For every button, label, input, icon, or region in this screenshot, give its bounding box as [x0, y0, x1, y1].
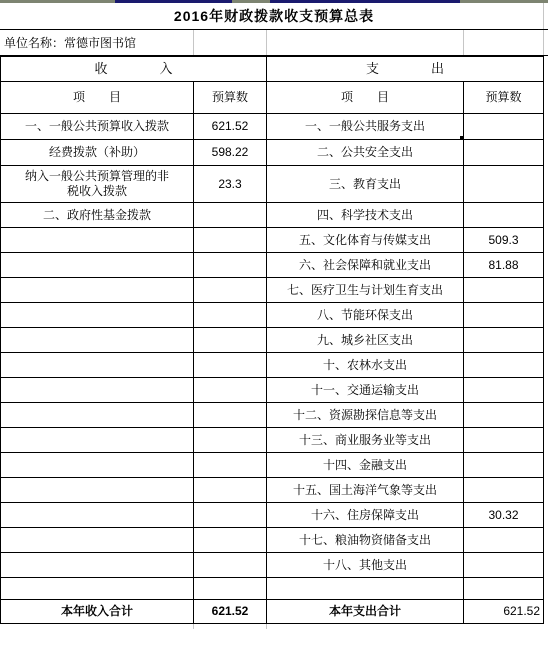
income-item-cell[interactable]: 经费拨款（补助） [1, 140, 194, 166]
expense-total-label[interactable]: 本年支出合计 [267, 600, 464, 624]
expense-item-cell[interactable]: 二、公共安全支出 [267, 140, 464, 166]
expense-value-cell[interactable] [464, 140, 544, 166]
expense-item-cell[interactable]: 八、节能环保支出 [267, 303, 464, 328]
income-item-cell[interactable] [1, 278, 194, 303]
expense-item-cell[interactable]: 十一、交通运输支出 [267, 378, 464, 403]
income-value-cell[interactable]: 23.3 [194, 166, 267, 203]
expense-value-cell[interactable] [464, 428, 544, 453]
expense-item-cell[interactable]: 四、科学技术支出 [267, 203, 464, 228]
expense-value-cell[interactable] [464, 528, 544, 553]
expense-item-cell[interactable]: 七、医疗卫生与计划生育支出 [267, 278, 464, 303]
partial-next-row [0, 624, 548, 629]
expense-value-cell[interactable]: 509.3 [464, 228, 544, 253]
income-value-cell[interactable] [194, 228, 267, 253]
expense-item-cell[interactable]: 十三、商业服务业等支出 [267, 428, 464, 453]
income-value-cell[interactable] [194, 503, 267, 528]
expense-value-cell[interactable] [464, 303, 544, 328]
total-row: 本年收入合计 621.52 本年支出合计 621.52 [1, 600, 544, 624]
income-value-cell[interactable] [194, 553, 267, 578]
gridline [543, 30, 544, 55]
budget-table: 收 入 支 出 项 目 预算数 项 目 预算数 一、一般公共预算收入拨款621.… [0, 56, 544, 624]
table-row: 十七、粮油物资储备支出 [1, 528, 544, 553]
expense-value-cell[interactable] [464, 203, 544, 228]
expense-item-cell[interactable]: 九、城乡社区支出 [267, 328, 464, 353]
income-value-cell[interactable] [194, 253, 267, 278]
gridline [193, 30, 194, 55]
income-item-cell[interactable] [1, 403, 194, 428]
income-value-cell[interactable]: 598.22 [194, 140, 267, 166]
expense-value-cell[interactable] [464, 553, 544, 578]
expense-value-cell[interactable] [464, 166, 544, 203]
expense-item-cell[interactable]: 十七、粮油物资储备支出 [267, 528, 464, 553]
income-budget-header[interactable]: 预算数 [194, 82, 267, 114]
table-row: 十六、住房保障支出30.32 [1, 503, 544, 528]
income-value-cell[interactable] [194, 303, 267, 328]
gridline [193, 624, 194, 629]
table-row: 十八、其他支出 [1, 553, 544, 578]
income-item-cell[interactable]: 纳入一般公共预算管理的非 税收入拨款 [1, 166, 194, 203]
unit-name-label: 单位名称：常德市图书馆 [4, 34, 136, 51]
income-value-cell[interactable] [194, 203, 267, 228]
table-row: 八、节能环保支出 [1, 303, 544, 328]
income-item-cell[interactable] [1, 478, 194, 503]
expense-item-cell[interactable]: 十八、其他支出 [267, 553, 464, 578]
spreadsheet-screen: 2016年财政拨款收支预算总表 单位名称：常德市图书馆 收 入 支 出 项 目 … [0, 0, 548, 653]
expense-item-cell[interactable]: 十五、国土海洋气象等支出 [267, 478, 464, 503]
table-row [1, 578, 544, 600]
expense-value-cell[interactable] [464, 328, 544, 353]
column-header-row: 项 目 预算数 项 目 预算数 [1, 82, 544, 114]
expense-item-cell[interactable]: 五、文化体育与传媒支出 [267, 228, 464, 253]
header-rows: 收 入 支 出 项 目 预算数 项 目 预算数 [1, 57, 544, 114]
expense-total-value[interactable]: 621.52 [464, 600, 544, 624]
expense-item-cell[interactable]: 六、社会保障和就业支出 [267, 253, 464, 278]
table-row: 十、农林水支出 [1, 353, 544, 378]
income-value-cell[interactable] [194, 353, 267, 378]
budget-table-body: 一、一般公共预算收入拨款621.52一、一般公共服务支出经费拨款（补助）598.… [1, 114, 544, 600]
expense-item-cell[interactable]: 一、一般公共服务支出 [267, 114, 464, 140]
table-row: 七、医疗卫生与计划生育支出 [1, 278, 544, 303]
total-rows: 本年收入合计 621.52 本年支出合计 621.52 [1, 600, 544, 624]
unit-name-row[interactable]: 单位名称：常德市图书馆 [0, 30, 548, 56]
income-item-cell[interactable] [1, 353, 194, 378]
expense-item-cell[interactable]: 十四、金融支出 [267, 453, 464, 478]
expense-value-cell[interactable]: 81.88 [464, 253, 544, 278]
income-item-cell[interactable] [1, 528, 194, 553]
table-row: 经费拨款（补助）598.22二、公共安全支出 [1, 140, 544, 166]
expense-item-cell[interactable] [267, 578, 464, 600]
table-row: 十五、国土海洋气象等支出 [1, 478, 544, 503]
income-value-cell[interactable] [194, 328, 267, 353]
table-row: 十二、资源勘探信息等支出 [1, 403, 544, 428]
gridline [266, 624, 267, 629]
table-row: 十三、商业服务业等支出 [1, 428, 544, 453]
page-title: 2016年财政拨款收支预算总表 [174, 6, 374, 26]
section-header-row: 收 入 支 出 [1, 57, 544, 82]
table-row: 六、社会保障和就业支出81.88 [1, 253, 544, 278]
income-value-cell[interactable] [194, 403, 267, 428]
table-row: 纳入一般公共预算管理的非 税收入拨款23.3三、教育支出 [1, 166, 544, 203]
income-total-value[interactable]: 621.52 [194, 600, 267, 624]
income-value-cell[interactable] [194, 578, 267, 600]
table-row: 十四、金融支出 [1, 453, 544, 478]
gridline [543, 3, 544, 29]
income-item-cell[interactable] [1, 453, 194, 478]
expense-item-cell[interactable]: 十六、住房保障支出 [267, 503, 464, 528]
income-value-cell[interactable] [194, 278, 267, 303]
income-item-header[interactable]: 项 目 [1, 82, 194, 114]
income-value-cell[interactable] [194, 528, 267, 553]
gridline [266, 30, 267, 55]
income-item-cell[interactable] [1, 553, 194, 578]
income-item-cell[interactable] [1, 503, 194, 528]
expense-item-cell[interactable]: 十、农林水支出 [267, 353, 464, 378]
income-value-cell[interactable] [194, 428, 267, 453]
table-row: 二、政府性基金拨款四、科学技术支出 [1, 203, 544, 228]
expense-item-cell[interactable]: 三、教育支出 [267, 166, 464, 203]
expense-budget-header[interactable]: 预算数 [464, 82, 544, 114]
income-value-cell[interactable] [194, 378, 267, 403]
income-item-cell[interactable] [1, 578, 194, 600]
expense-value-cell[interactable] [464, 403, 544, 428]
expense-value-cell[interactable] [464, 478, 544, 503]
income-value-cell[interactable] [194, 478, 267, 503]
income-item-cell[interactable] [1, 428, 194, 453]
expense-value-cell[interactable]: 30.32 [464, 503, 544, 528]
income-item-cell[interactable] [1, 228, 194, 253]
income-value-cell[interactable]: 621.52 [194, 114, 267, 140]
expense-item-header[interactable]: 项 目 [267, 82, 464, 114]
income-section-header[interactable]: 收 入 [1, 57, 267, 82]
income-item-cell[interactable] [1, 303, 194, 328]
table-row: 一、一般公共预算收入拨款621.52一、一般公共服务支出 [1, 114, 544, 140]
income-item-cell[interactable] [1, 328, 194, 353]
income-item-cell[interactable]: 一、一般公共预算收入拨款 [1, 114, 194, 140]
table-row: 十一、交通运输支出 [1, 378, 544, 403]
table-row: 九、城乡社区支出 [1, 328, 544, 353]
expense-value-cell[interactable] [464, 378, 544, 403]
income-item-cell[interactable]: 二、政府性基金拨款 [1, 203, 194, 228]
expense-value-cell[interactable] [464, 114, 544, 140]
income-item-cell[interactable] [1, 253, 194, 278]
expense-value-cell[interactable] [464, 353, 544, 378]
table-title-row[interactable]: 2016年财政拨款收支预算总表 [0, 3, 548, 30]
income-value-cell[interactable] [194, 453, 267, 478]
selection-fill-handle[interactable] [459, 135, 464, 140]
expense-item-cell[interactable]: 十二、资源勘探信息等支出 [267, 403, 464, 428]
expense-section-header[interactable]: 支 出 [267, 57, 544, 82]
income-item-cell[interactable] [1, 378, 194, 403]
table-row: 五、文化体育与传媒支出509.3 [1, 228, 544, 253]
expense-value-cell[interactable] [464, 278, 544, 303]
expense-value-cell[interactable] [464, 578, 544, 600]
expense-value-cell[interactable] [464, 453, 544, 478]
gridline [463, 30, 464, 55]
income-total-label[interactable]: 本年收入合计 [1, 600, 194, 624]
